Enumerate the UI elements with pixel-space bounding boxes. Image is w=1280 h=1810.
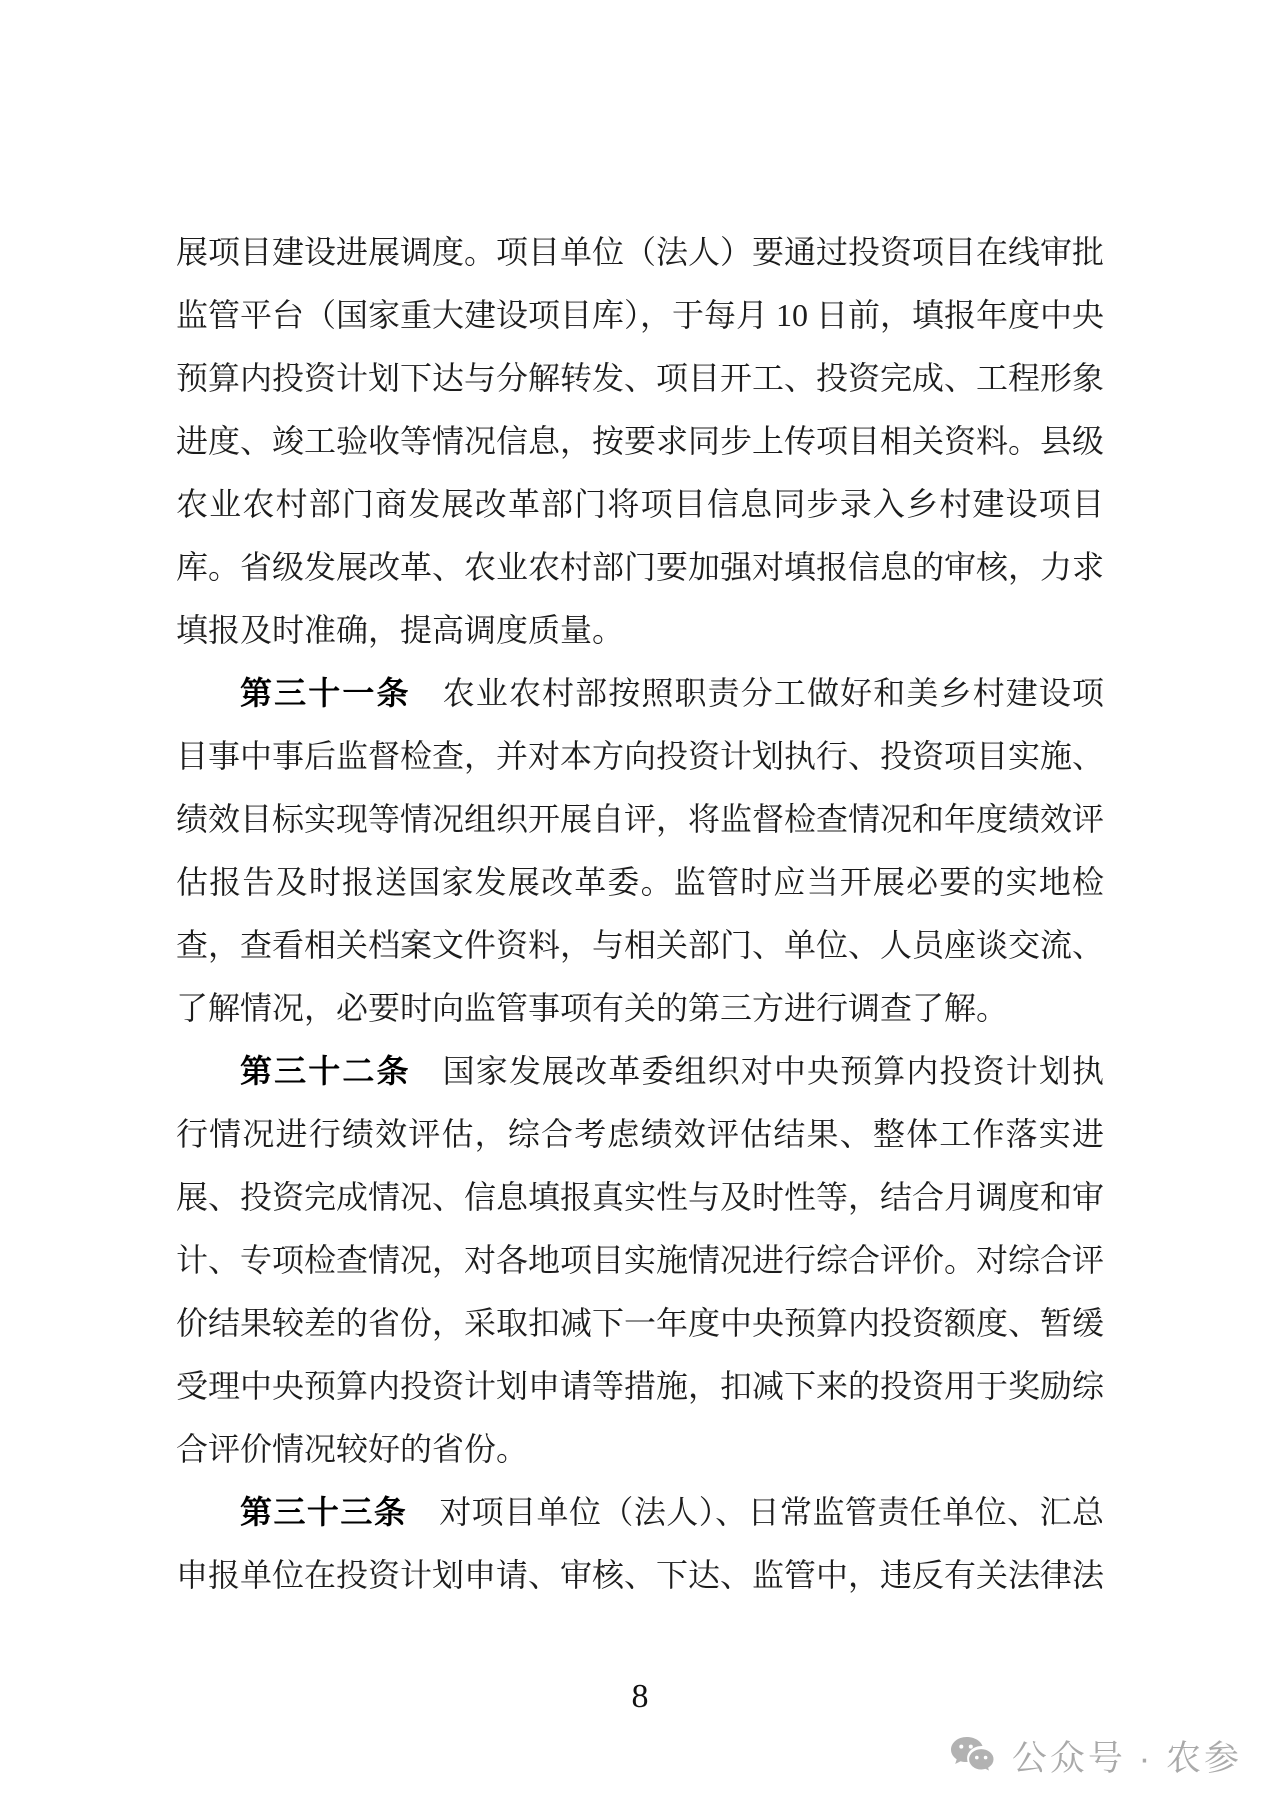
paragraph: 第三十三条对项目单位（法人）、日常监管责任单位、汇总申报单位在投资计划申请、审核…	[176, 1481, 1104, 1607]
paragraph: 第三十一条农业农村部按照职责分工做好和美乡村建设项目事中事后监督检查，并对本方向…	[176, 662, 1104, 1040]
paragraph: 展项目建设进展调度。项目单位（法人）要通过投资项目在线审批监管平台（国家重大建设…	[176, 221, 1104, 662]
paragraph-text: 展项目建设进展调度。项目单位（法人）要通过投资项目在线审批监管平台（国家重大建设…	[176, 234, 1104, 648]
paragraph: 第三十二条国家发展改革委组织对中央预算内投资计划执行情况进行绩效评估，综合考虑绩…	[176, 1040, 1104, 1481]
watermark-label: 公众号 · 农参	[1012, 1731, 1242, 1781]
wechat-icon	[946, 1730, 998, 1782]
paragraph-text: 国家发展改革委组织对中央预算内投资计划执行情况进行绩效评估，综合考虑绩效评估结果…	[176, 1053, 1104, 1467]
article-number: 第三十二条	[240, 1053, 411, 1089]
paragraph-text: 农业农村部按照职责分工做好和美乡村建设项目事中事后监督检查，并对本方向投资计划执…	[176, 675, 1104, 1026]
document-body: 展项目建设进展调度。项目单位（法人）要通过投资项目在线审批监管平台（国家重大建设…	[176, 221, 1104, 1607]
watermark: 公众号 · 农参	[946, 1730, 1242, 1782]
article-number: 第三十一条	[240, 675, 411, 711]
article-number: 第三十三条	[240, 1494, 407, 1530]
page-number: 8	[0, 1678, 1280, 1716]
